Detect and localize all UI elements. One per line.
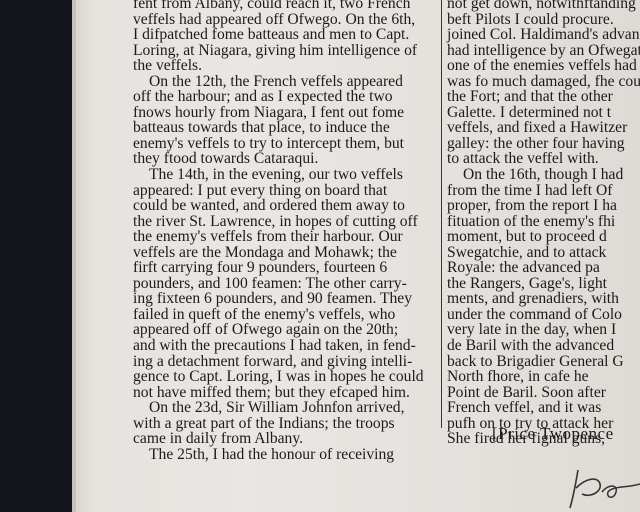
signature-mark (556, 462, 640, 512)
text-line: had intelligence by an Ofwegat (447, 43, 640, 59)
text-line: from the time I had left Of (447, 183, 640, 199)
text-line: enemy's veffels to try to intercept them… (133, 136, 443, 152)
text-line: very late in the day, when I (447, 322, 640, 338)
text-line: joined Col. Haldimand's advan (447, 27, 640, 43)
right-text-column: not get down, notwithftandingbeft Pilots… (447, 0, 640, 447)
text-line: to attack the veffel with. (447, 151, 640, 167)
text-line: firft carrying four 9 pounders, fourteen… (133, 260, 443, 276)
text-line: the enemy's veffels from their harbour. … (133, 229, 443, 245)
text-line: The 25th, I had the honour of receiving (133, 447, 443, 463)
text-line: veffels had appeared off Ofwego. On the … (133, 12, 443, 28)
text-line: with a great part of the Indians; the tr… (133, 416, 443, 432)
text-line: veffels, and fixed a Hawitzer (447, 120, 640, 136)
dark-backdrop (0, 0, 72, 512)
text-line: ing a detachment forward, and giving int… (133, 354, 443, 370)
text-line: appeared off of Ofwego again on the 20th… (133, 322, 443, 338)
text-line: batteaus towards that place, to induce t… (133, 120, 443, 136)
text-line: Royale: the advanced pa (447, 260, 640, 276)
text-line: failed in queft of the enemy's veffels, … (133, 307, 443, 323)
text-line: could be wanted, and ordered them away t… (133, 198, 443, 214)
text-line: moment, but to proceed d (447, 229, 640, 245)
text-line: fent from Albany, could reach it, two Fr… (133, 0, 443, 12)
text-line: not have miffed them; but they efcaped h… (133, 385, 443, 401)
text-line: Galette. I determined not t (447, 105, 640, 121)
text-line: I difpatched fome batteaus and men to Ca… (133, 27, 443, 43)
text-line: appeared: I put every thing on board tha… (133, 183, 443, 199)
column-rule (441, 0, 442, 428)
text-line: the Fort; and that the other (447, 89, 640, 105)
text-line: the veffels. (133, 58, 443, 74)
text-line: de Baril with the advanced (447, 338, 640, 354)
text-line: gence to Capt. Loring, I was in hopes he… (133, 369, 443, 385)
text-line: On the 16th, though I had (447, 167, 640, 183)
text-line: ments, and grenadiers, with (447, 291, 640, 307)
text-line: came in daily from Albany. (133, 431, 443, 447)
text-line: On the 23d, Sir William Johnfon arrived, (133, 400, 443, 416)
text-line: they ftood towards Cataraqui. (133, 151, 443, 167)
text-line: fituation of the enemy's fhi (447, 214, 640, 230)
page-edge (72, 0, 76, 512)
text-line: not get down, notwithftanding (447, 0, 640, 12)
text-line: the Rangers, Gage's, light (447, 276, 640, 292)
text-line: Swegatchie, and to attack (447, 245, 640, 261)
text-line: under the command of Colo (447, 307, 640, 323)
text-line: fnows hourly from Niagara, I fent out fo… (133, 105, 443, 121)
text-line: beft Pilots I could procure. (447, 12, 640, 28)
text-line: one of the enemies veffels had r (447, 58, 640, 74)
text-line: The 14th, in the evening, our two veffel… (133, 167, 443, 183)
text-line: French veffel, and it was (447, 400, 640, 416)
text-line: On the 12th, the French veffels appeared (133, 74, 443, 90)
text-line: veffels are the Mondaga and Mohawk; the (133, 245, 443, 261)
text-line: galley: the other four having (447, 136, 640, 152)
text-line: ing fixteen 6 pounders, and 90 feamen. T… (133, 291, 443, 307)
text-line: off the harbour; and as I expected the t… (133, 89, 443, 105)
text-line: Point de Baril. Soon after (447, 385, 640, 401)
price-line: [Price Twopence (492, 424, 614, 444)
text-line: back to Brigadier General G (447, 354, 640, 370)
text-line: Loring, at Niagara, giving him intellige… (133, 43, 443, 59)
left-text-column: fent from Albany, could reach it, two Fr… (133, 0, 443, 462)
text-line: was fo much damaged, fhe cou (447, 74, 640, 90)
text-line: pounders, and 100 feamen: The other carr… (133, 276, 443, 292)
text-line: the river St. Lawrence, in hopes of cutt… (133, 214, 443, 230)
text-line: and with the precautions I had taken, in… (133, 338, 443, 354)
text-line: proper, from the report I ha (447, 198, 640, 214)
text-line: North fhore, in cafe he (447, 369, 640, 385)
